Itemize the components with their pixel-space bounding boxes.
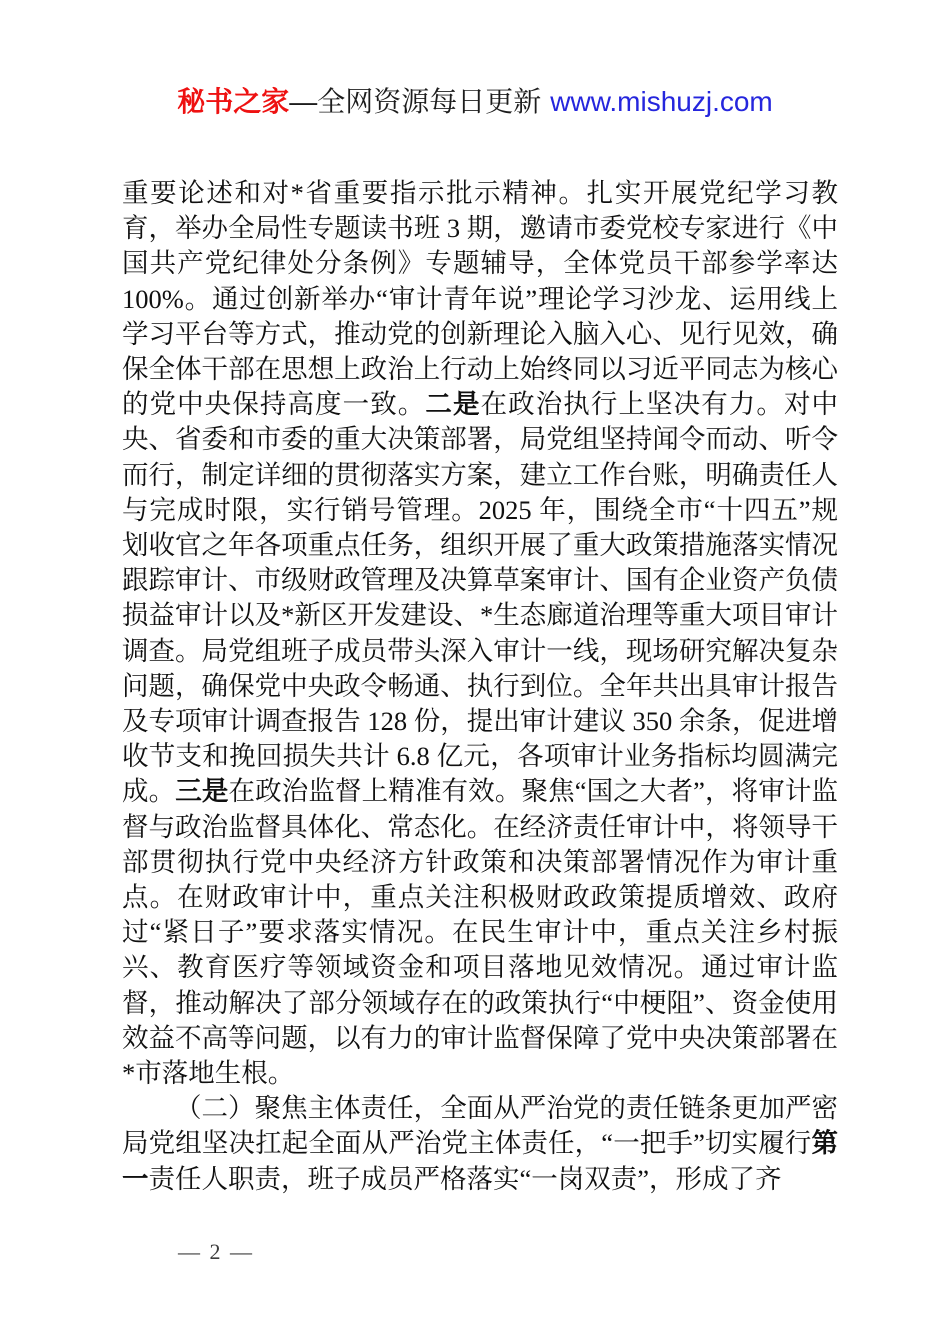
text-run: 责任人职责，班子成员严格落实“一岗双责”，形成了齐 bbox=[149, 1164, 782, 1194]
document-body: 重要论述和对*省重要指示批示精神。扎实开展党纪学习教育，举办全局性专题读书班 3… bbox=[122, 176, 838, 1197]
page-number: — 2 — bbox=[178, 1239, 254, 1265]
text-run: 重要论述和对*省重要指示批示精神。扎实开展党纪学习教育，举办全局性专题读书班 3… bbox=[122, 178, 838, 419]
header-tagline: —全网资源每日更新 bbox=[289, 86, 541, 117]
text-run: （二）聚焦主体责任，全面从严治党的责任链条更加严密局党组坚决扛起全面从严治党主体… bbox=[122, 1093, 838, 1158]
site-header: 秘书之家—全网资源每日更新www.mishuzj.com bbox=[0, 86, 950, 118]
bold-text-run: 二是 bbox=[425, 389, 480, 419]
paragraph: （二）聚焦主体责任，全面从严治党的责任链条更加严密局党组坚决扛起全面从严治党主体… bbox=[122, 1091, 838, 1197]
paragraph: 重要论述和对*省重要指示批示精神。扎实开展党纪学习教育，举办全局性专题读书班 3… bbox=[122, 176, 838, 1091]
text-run: 在政治监督上精准有效。聚焦“国之大者”，将审计监督与政治监督具体化、常态化。在经… bbox=[122, 776, 838, 1088]
text-run: 在政治执行上坚决有力。对中央、省委和市委的重大决策部署，局党组坚持闻令而动、听令… bbox=[122, 389, 838, 806]
brand-name: 秘书之家 bbox=[177, 86, 289, 117]
site-url[interactable]: www.mishuzj.com bbox=[550, 86, 772, 117]
bold-text-run: 三是 bbox=[175, 776, 228, 806]
